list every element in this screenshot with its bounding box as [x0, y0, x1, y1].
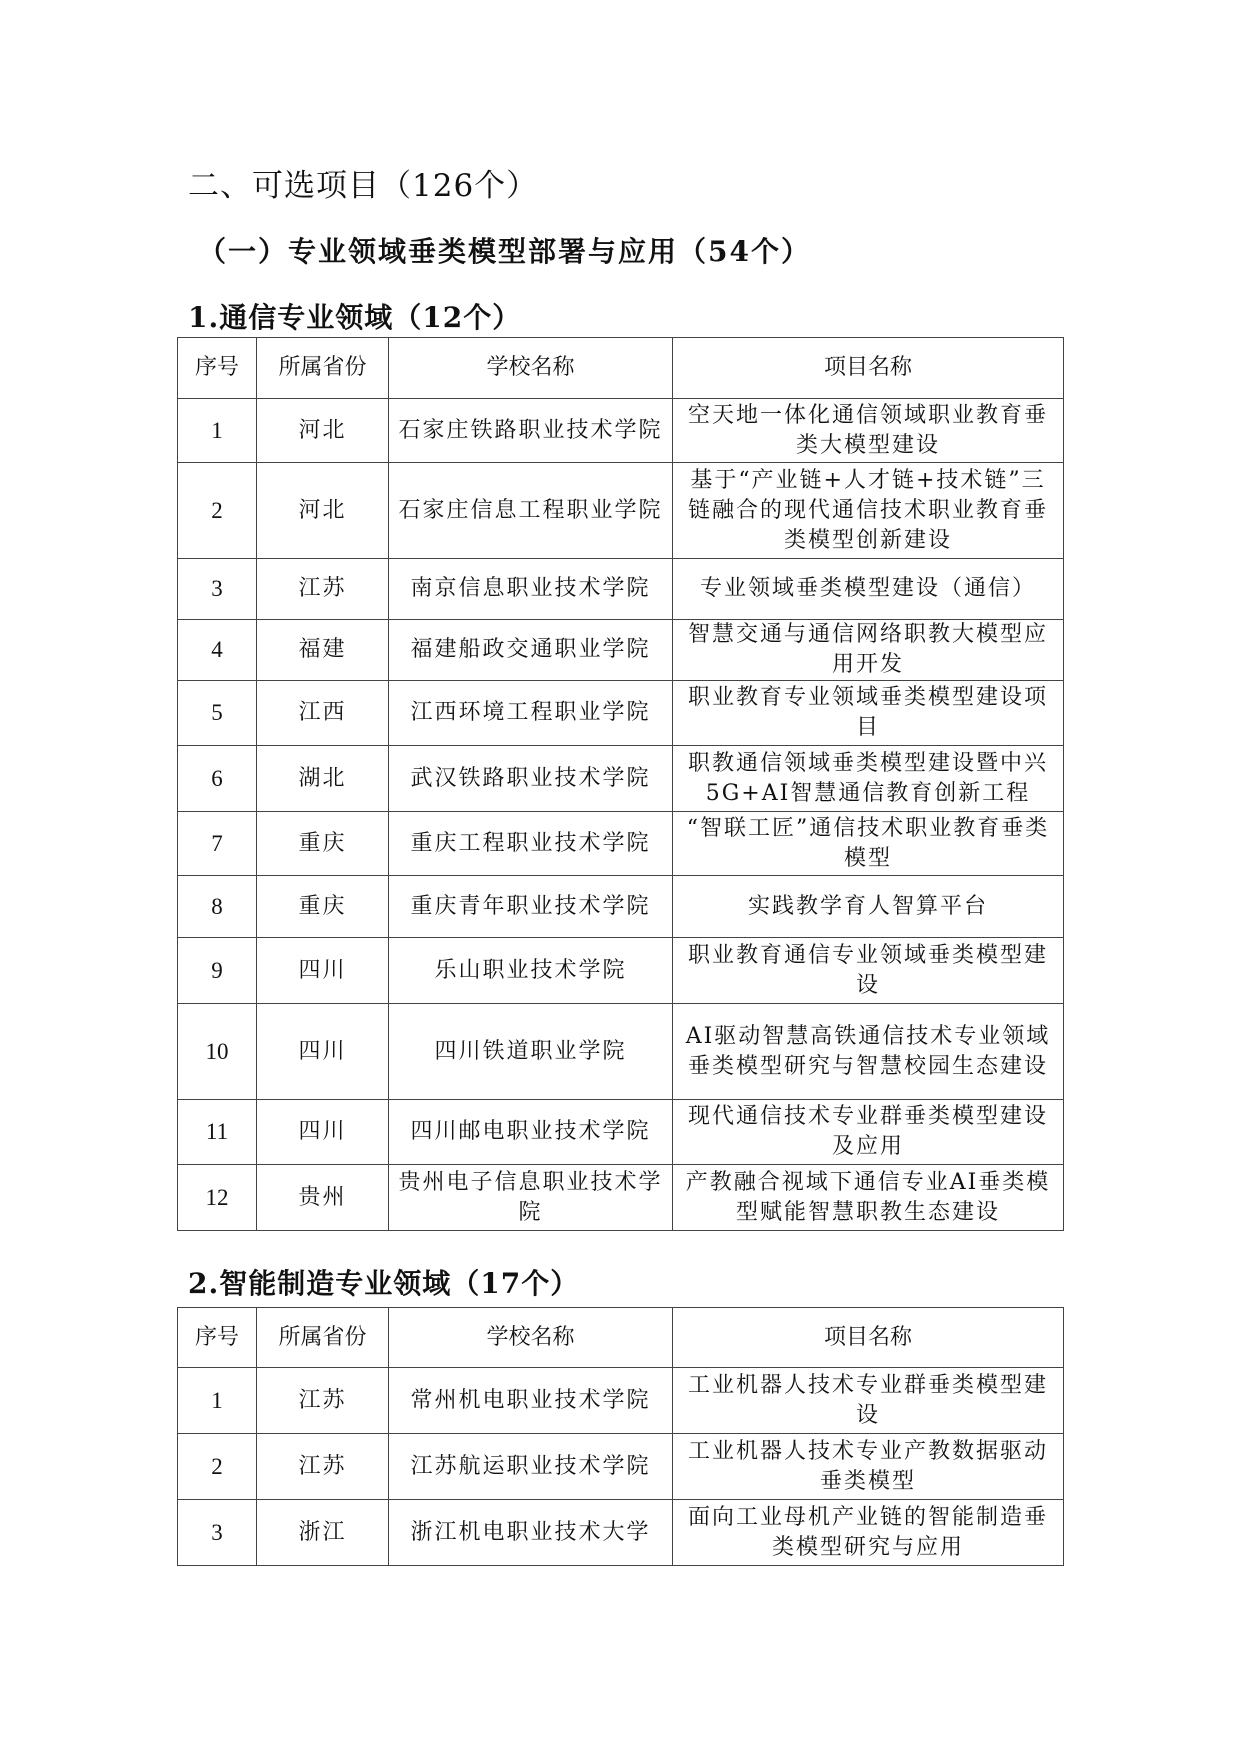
cell-province: 四川: [257, 1100, 389, 1165]
header-school: 学校名称: [389, 338, 673, 399]
cell-school: 江苏航运职业技术学院: [389, 1434, 673, 1500]
cell-project: AI驱动智慧高铁通信技术专业领域垂类模型研究与智慧校园生态建设: [673, 1004, 1064, 1100]
cell-school: 石家庄铁路职业技术学院: [389, 399, 673, 463]
table-row: 11 四川 四川邮电职业技术学院 现代通信技术专业群垂类模型建设及应用: [178, 1100, 1064, 1165]
cell-school: 常州机电职业技术学院: [389, 1368, 673, 1434]
section-heading-communications: 1.通信专业领域（12个）: [188, 298, 521, 338]
manufacturing-projects-table: 序号 所属省份 学校名称 项目名称 1 江苏 常州机电职业技术学院 工业机器人技…: [177, 1307, 1064, 1566]
table-row: 2 江苏 江苏航运职业技术学院 工业机器人技术专业产教数据驱动垂类模型: [178, 1434, 1064, 1500]
table-header-row: 序号 所属省份 学校名称 项目名称: [178, 338, 1064, 399]
cell-project: 职教通信领域垂类模型建设暨中兴5G+AI智慧通信教育创新工程: [673, 746, 1064, 812]
table-row: 9 四川 乐山职业技术学院 职业教育通信专业领域垂类模型建设: [178, 938, 1064, 1004]
cell-school: 江西环境工程职业学院: [389, 681, 673, 746]
cell-school: 四川邮电职业技术学院: [389, 1100, 673, 1165]
cell-project: 智慧交通与通信网络职教大模型应用开发: [673, 620, 1064, 681]
table-row: 8 重庆 重庆青年职业技术学院 实践教学育人智算平台: [178, 876, 1064, 938]
cell-project: 职业教育通信专业领域垂类模型建设: [673, 938, 1064, 1004]
cell-no: 1: [178, 1368, 257, 1434]
table-row: 5 江西 江西环境工程职业学院 职业教育专业领域垂类模型建设项目: [178, 681, 1064, 746]
header-school: 学校名称: [389, 1308, 673, 1368]
table-row: 6 湖北 武汉铁路职业技术学院 职教通信领域垂类模型建设暨中兴5G+AI智慧通信…: [178, 746, 1064, 812]
cell-no: 12: [178, 1165, 257, 1231]
cell-province: 福建: [257, 620, 389, 681]
header-project: 项目名称: [673, 338, 1064, 399]
cell-province: 浙江: [257, 1500, 389, 1566]
table-row: 3 浙江 浙江机电职业技术大学 面向工业母机产业链的智能制造垂类模型研究与应用: [178, 1500, 1064, 1566]
table-row: 10 四川 四川铁道职业学院 AI驱动智慧高铁通信技术专业领域垂类模型研究与智慧…: [178, 1004, 1064, 1100]
header-no: 序号: [178, 338, 257, 399]
cell-no: 7: [178, 812, 257, 876]
cell-no: 5: [178, 681, 257, 746]
cell-province: 江苏: [257, 1434, 389, 1500]
table-row: 12 贵州 贵州电子信息职业技术学院 产教融合视域下通信专业AI垂类模型赋能智慧…: [178, 1165, 1064, 1231]
cell-school: 四川铁道职业学院: [389, 1004, 673, 1100]
cell-province: 重庆: [257, 812, 389, 876]
cell-no: 10: [178, 1004, 257, 1100]
table-row: 4 福建 福建船政交通职业学院 智慧交通与通信网络职教大模型应用开发: [178, 620, 1064, 681]
table-row: 2 河北 石家庄信息工程职业学院 基于“产业链+人才链+技术链”三链融合的现代通…: [178, 463, 1064, 559]
cell-province: 贵州: [257, 1165, 389, 1231]
cell-project: 产教融合视域下通信专业AI垂类模型赋能智慧职教生态建设: [673, 1165, 1064, 1231]
header-province: 所属省份: [257, 1308, 389, 1368]
cell-school: 南京信息职业技术学院: [389, 559, 673, 620]
table-row: 7 重庆 重庆工程职业技术学院 “智联工匠”通信技术职业教育垂类模型: [178, 812, 1064, 876]
cell-school: 武汉铁路职业技术学院: [389, 746, 673, 812]
cell-project: “智联工匠”通信技术职业教育垂类模型: [673, 812, 1064, 876]
cell-school: 福建船政交通职业学院: [389, 620, 673, 681]
cell-province: 江西: [257, 681, 389, 746]
cell-school: 重庆青年职业技术学院: [389, 876, 673, 938]
cell-project: 面向工业母机产业链的智能制造垂类模型研究与应用: [673, 1500, 1064, 1566]
header-project: 项目名称: [673, 1308, 1064, 1368]
cell-school: 贵州电子信息职业技术学院: [389, 1165, 673, 1231]
cell-no: 3: [178, 559, 257, 620]
cell-project: 实践教学育人智算平台: [673, 876, 1064, 938]
cell-no: 3: [178, 1500, 257, 1566]
cell-project: 专业领域垂类模型建设（通信）: [673, 559, 1064, 620]
subsection-heading-vertical-models: （一）专业领域垂类模型部署与应用（54个）: [198, 232, 811, 272]
cell-school: 重庆工程职业技术学院: [389, 812, 673, 876]
table-header-row: 序号 所属省份 学校名称 项目名称: [178, 1308, 1064, 1368]
header-province: 所属省份: [257, 338, 389, 399]
cell-no: 2: [178, 1434, 257, 1500]
header-no: 序号: [178, 1308, 257, 1368]
cell-school: 乐山职业技术学院: [389, 938, 673, 1004]
cell-project: 职业教育专业领域垂类模型建设项目: [673, 681, 1064, 746]
communications-projects-table: 序号 所属省份 学校名称 项目名称 1 河北 石家庄铁路职业技术学院 空天地一体…: [177, 337, 1064, 1231]
cell-project: 基于“产业链+人才链+技术链”三链融合的现代通信技术职业教育垂类模型创新建设: [673, 463, 1064, 559]
cell-province: 江苏: [257, 559, 389, 620]
cell-no: 9: [178, 938, 257, 1004]
cell-no: 11: [178, 1100, 257, 1165]
table-row: 3 江苏 南京信息职业技术学院 专业领域垂类模型建设（通信）: [178, 559, 1064, 620]
cell-project: 现代通信技术专业群垂类模型建设及应用: [673, 1100, 1064, 1165]
section-heading-intelligent-manufacturing: 2.智能制造专业领域（17个）: [188, 1264, 579, 1304]
cell-no: 6: [178, 746, 257, 812]
table-row: 1 江苏 常州机电职业技术学院 工业机器人技术专业群垂类模型建设: [178, 1368, 1064, 1434]
section-heading-optional-projects: 二、可选项目（126个）: [188, 166, 538, 206]
cell-school: 石家庄信息工程职业学院: [389, 463, 673, 559]
cell-province: 重庆: [257, 876, 389, 938]
table-row: 1 河北 石家庄铁路职业技术学院 空天地一体化通信领域职业教育垂类大模型建设: [178, 399, 1064, 463]
cell-no: 8: [178, 876, 257, 938]
cell-province: 河北: [257, 399, 389, 463]
cell-project: 空天地一体化通信领域职业教育垂类大模型建设: [673, 399, 1064, 463]
cell-no: 4: [178, 620, 257, 681]
cell-project: 工业机器人技术专业产教数据驱动垂类模型: [673, 1434, 1064, 1500]
cell-no: 1: [178, 399, 257, 463]
cell-school: 浙江机电职业技术大学: [389, 1500, 673, 1566]
cell-province: 河北: [257, 463, 389, 559]
cell-no: 2: [178, 463, 257, 559]
cell-province: 四川: [257, 1004, 389, 1100]
cell-province: 江苏: [257, 1368, 389, 1434]
cell-province: 湖北: [257, 746, 389, 812]
cell-project: 工业机器人技术专业群垂类模型建设: [673, 1368, 1064, 1434]
cell-province: 四川: [257, 938, 389, 1004]
